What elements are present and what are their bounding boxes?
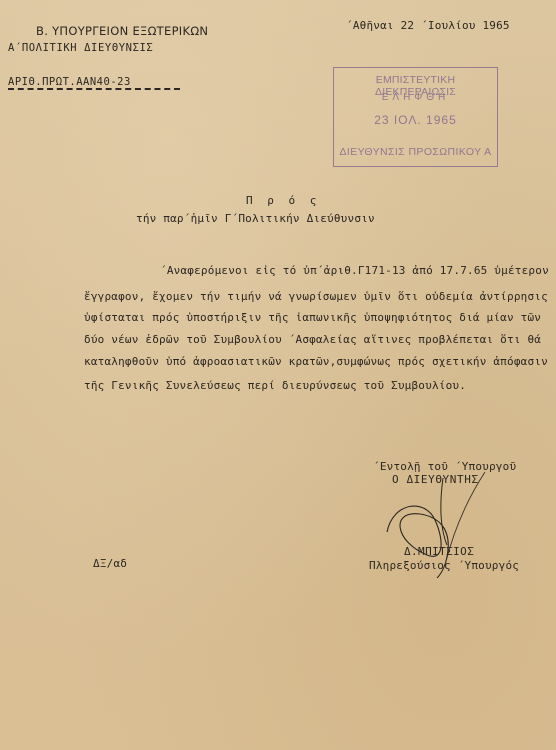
stamp-date: 23 ΙΟΛ. 1965 (334, 113, 497, 127)
body-line: ὑφίσταται πρός ὑποστήριξιν τῆς ἰαπωνικῆς… (84, 311, 541, 324)
dateline: ΄Αθῆναι 22 ΄Ιουλίου 1965 (346, 19, 510, 32)
signer-name: Δ.ΜΠΙΤΣΙΟΣ (404, 545, 474, 558)
addressee-recipient: τήν παρ΄ἡμῖν Γ΄Πολιτικήν Διεύθυνσιν (136, 212, 375, 225)
body-line: τῆς Γενικῆς Συνελεύσεως περί διευρύνσεως… (84, 379, 466, 392)
document-page: Β. ΥΠΟΥΡΓΕΙΟΝ ΕΞΩΤΕΡΙΚΩΝ Α΄ΠΟΛΙΤΙΚΗ ΔΙΕΥ… (0, 0, 556, 750)
protocol-underline (8, 88, 180, 90)
stamp-line-2: ΕΛΗΦΘΗ (334, 92, 497, 103)
department-heading: Α΄ΠΟΛΙΤΙΚΗ ΔΙΕΥΘΥΝΣΙΣ (8, 42, 153, 54)
protocol-number: ΑΡΙΘ.ΠΡΩΤ.ΑΑΝ40-23 (8, 76, 131, 88)
body-line: ΄Αναφερόμενοι εἰς τό ὑπ΄ἀριθ.Γ171-13 ἀπό… (160, 264, 549, 277)
body-line: ἔγγραφον, ἔχομεν τήν τιμήν νά γνωρίσωμεν… (84, 290, 548, 303)
body-line: δύο νέων ἑδρῶν τοῦ Συμβουλίου ΄Ασφαλείας… (84, 333, 541, 346)
addressee-label: Π ρ ό ς (246, 194, 320, 207)
ministry-heading: Β. ΥΠΟΥΡΓΕΙΟΝ ΕΞΩΤΕΡΙΚΩΝ (36, 24, 208, 38)
stamp-line-4: ΔΙΕΥΘΥΝΣΙΣ ΠΡΟΣΩΠΙΚΟΥ Α (334, 146, 497, 158)
signer-title: Πληρεξούσιος ΄Υπουργός (369, 559, 519, 572)
body-line: καταληφθοῦν ὑπό ἀφροασιατικῶν κρατῶν,συμ… (84, 355, 548, 368)
received-stamp: ΕΜΠΙΣΤΕΥΤΙΚΗ ΔΙΕΚΠΕΡΑΙΩΣΙΣ ΕΛΗΦΘΗ 23 ΙΟΛ… (333, 67, 498, 167)
typist-initials: ΔΞ/αδ (93, 557, 127, 570)
